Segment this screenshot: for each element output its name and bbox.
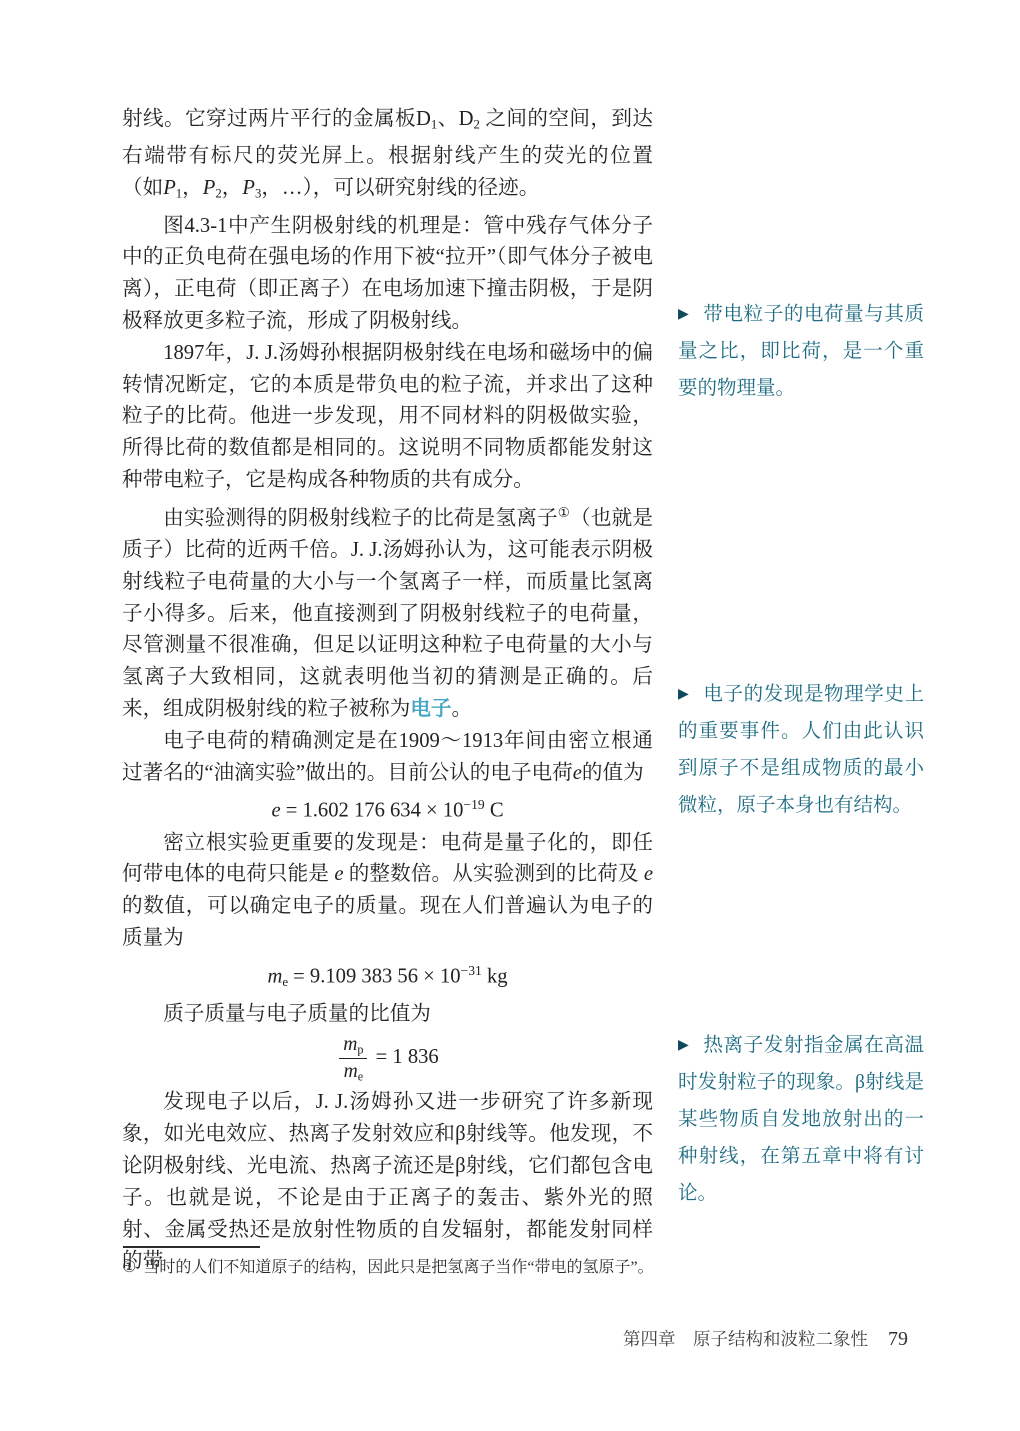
margin-note-thermionic-emission: ▶热离子发射指金属在高温时发射粒子的现象。β射线是某些物质自发地放射出的一种射线… [678, 1027, 924, 1212]
text-run: e [271, 800, 280, 822]
paragraph-mass-ratio-intro: 质子质量与电子质量的比值为 [122, 999, 653, 1031]
text-run: ，…），可以研究射线的径迹。 [261, 177, 539, 199]
formula-mass-ratio: mpme = 1 836 [122, 1030, 653, 1087]
text-run: （也就是质子）比荷的近两千倍。J. J.汤姆孙认为，这可能表示阴极射线粒子电荷量… [122, 507, 653, 720]
text-run: kg [482, 965, 508, 987]
text-run: 质子质量与电子质量的比值为 [163, 1003, 431, 1025]
paragraph-ray-path: 射线。它穿过两片平行的金属板D1、D2 之间的空间，到达右端带有标尺的荧光屏上。… [122, 104, 653, 211]
fraction: mpme [339, 1033, 367, 1084]
paragraph-millikan-measurement: 电子电荷的精确测定是在1909～1913年间由密立根通过著名的“油滴实验”做出的… [122, 726, 653, 790]
text-run: 。 [452, 698, 473, 720]
paragraph-charge-ratio-electron: 由实验测得的阴极射线粒子的比荷是氢离子①（也就是质子）比荷的近两千倍。J. J.… [122, 497, 653, 726]
text-run: C [485, 800, 504, 822]
text-run: P [242, 177, 255, 199]
note-marker-icon: ▶ [678, 1037, 689, 1053]
text-run: ， [182, 177, 203, 199]
text-run: ① [558, 505, 570, 520]
note-text: 热离子发射指金属在高温时发射粒子的现象。β射线是某些物质自发地放射出的一种射线，… [678, 1035, 924, 1204]
footnote: ①当时的人们不知道原子的结构，因此只是把氢离子当作“带电的氢原子”。 [122, 1256, 682, 1280]
note-text: 带电粒子的电荷量与其质量之比，即比荷，是一个重要的物理量。 [678, 304, 924, 399]
footnote-marker: ① [122, 1259, 136, 1276]
margin-note-electron-discovery: ▶电子的发现是物理学史上的重要事件。人们由此认识到原子不是组成物质的最小微粒，原… [678, 676, 924, 824]
text-run: 图4.3-1中产生阴极射线的机理是：管中残存气体分子中的正负电荷在强电场的作用下… [122, 215, 653, 332]
formula-electron-charge: e = 1.602 176 634 × 10−19 C [122, 789, 653, 827]
fraction-denominator: me [339, 1059, 367, 1084]
text-run: 1897年，J. J.汤姆孙根据阴极射线在电场和磁场中的偏转情况断定，它的本质是… [122, 342, 653, 491]
main-text-column: 射线。它穿过两片平行的金属板D1、D2 之间的空间，到达右端带有标尺的荧光屏上。… [122, 104, 653, 1278]
text-run: m [344, 1061, 358, 1082]
text-run: P [163, 177, 176, 199]
margin-note-charge-to-mass: ▶带电粒子的电荷量与其质量之比，即比荷，是一个重要的物理量。 [678, 296, 924, 407]
formula-electron-mass: me = 9.109 383 56 × 10−31 kg [122, 955, 653, 999]
footer-chapter-title: 第四章 原子结构和波粒二象性 [623, 1329, 868, 1349]
note-marker-icon: ▶ [678, 686, 689, 702]
text-run: 由实验测得的阴极射线粒子的比荷是氢离子 [163, 507, 558, 529]
footnote-text: 当时的人们不知道原子的结构，因此只是把氢离子当作“带电的氢原子”。 [143, 1259, 653, 1276]
paragraph-quantized-charge: 密立根实验更重要的发现是：电荷是量子化的，即任何带电体的电荷只能是 e 的整数倍… [122, 828, 653, 955]
note-marker-icon: ▶ [678, 306, 689, 322]
text-run: = 1 836 [370, 1047, 438, 1069]
text-run: e [573, 762, 582, 784]
text-run: ， [222, 177, 243, 199]
footnote-divider [123, 1246, 260, 1248]
text-run: 射线。它穿过两片平行的金属板D [122, 108, 431, 130]
text-run: −19 [463, 797, 484, 812]
fraction-numerator: mp [339, 1033, 367, 1059]
text-run: −31 [461, 963, 482, 978]
footer-page-number: 79 [888, 1328, 908, 1350]
highlighted-term: 电子 [410, 698, 451, 720]
page-footer: 第四章 原子结构和波粒二象性79 [623, 1326, 908, 1351]
text-run: 的数值，可以确定电子的质量。现在人们普遍认为电子的质量为 [122, 895, 653, 949]
text-run: 、D [437, 108, 473, 130]
text-run: P [203, 177, 216, 199]
text-run: 的整数倍。从实验测到的比荷及 [343, 863, 643, 885]
text-run: = 1.602 176 634 × 10 [281, 800, 464, 822]
paragraph-cathode-ray-mechanism: 图4.3-1中产生阴极射线的机理是：管中残存气体分子中的正负电荷在强电场的作用下… [122, 211, 653, 338]
text-run: e [358, 1070, 363, 1084]
paragraph-thomson-1897: 1897年，J. J.汤姆孙根据阴极射线在电场和磁场中的偏转情况断定，它的本质是… [122, 338, 653, 497]
text-run: = 9.109 383 56 × 10 [288, 965, 461, 987]
text-run: m [343, 1034, 357, 1055]
text-run: p [357, 1043, 363, 1057]
text-run: e [644, 863, 653, 885]
text-run: m [267, 965, 282, 987]
note-text: 电子的发现是物理学史上的重要事件。人们由此认识到原子不是组成物质的最小微粒，原子… [678, 684, 924, 816]
text-run: 的值为 [582, 762, 644, 784]
textbook-page: 射线。它穿过两片平行的金属板D1、D2 之间的空间，到达右端带有标尺的荧光屏上。… [0, 0, 1020, 1431]
paragraph-further-research: 发现电子以后，J. J.汤姆孙又进一步研究了许多新现象，如光电效应、热离子发射效… [122, 1087, 653, 1278]
